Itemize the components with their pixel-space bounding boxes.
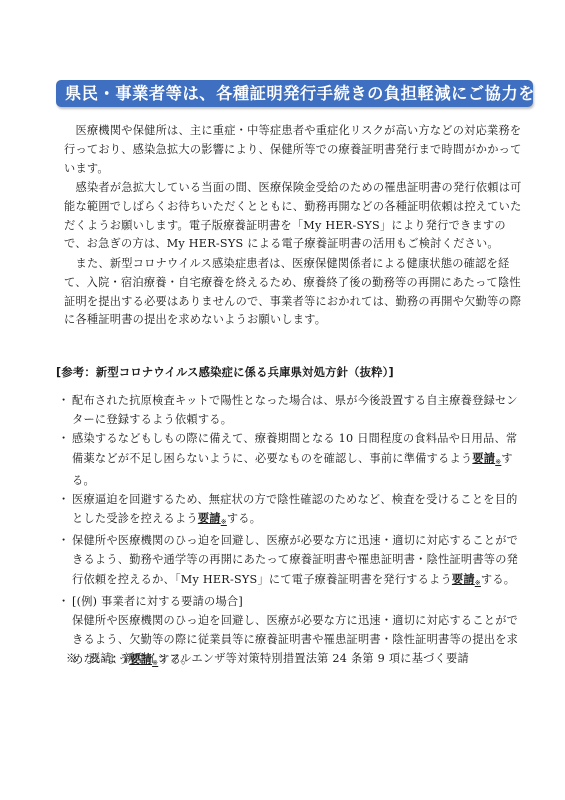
list-item: ・ 保健所や医療機関のひっ迫を回避し、医療が必要な方に迅速・適切に対応することが… bbox=[58, 532, 528, 593]
bullet-marker: ・ bbox=[58, 392, 69, 411]
bullet-marker: ・ bbox=[58, 430, 69, 449]
reference-heading: [参考：新型コロナウイルス感染症に係る兵庫県対処方針（抜粋）] bbox=[56, 364, 394, 380]
bullet-marker: ・ bbox=[58, 593, 69, 612]
yosei-emphasis: 要請 bbox=[452, 572, 475, 586]
example-heading: [(例) 事業者に対する要請の場合] bbox=[72, 595, 243, 608]
paragraph-1: 医療機関や保健所は、主に重症・中等症患者や重症化リスクが高い方などの対応業務を行… bbox=[64, 122, 526, 178]
paragraph-3: また、新型コロナウイルス感染症患者は、医療保健関係者による健康状態の確認を経て、… bbox=[64, 255, 526, 330]
item-text: 医療逼迫を回避するため、無症状の方で陰性確認のためなど、検査を受けることを目的と… bbox=[72, 493, 518, 526]
item-text-end: する。 bbox=[481, 573, 515, 586]
footnote: ※ 要請：新型インフルエンザ等対策特別措置法第 24 条第 9 項に基づく要請 bbox=[66, 650, 469, 666]
list-item: ・ 医療逼迫を回避するため、無症状の方で陰性確認のためなど、検査を受けることを目… bbox=[58, 491, 528, 533]
item-text: 感染するなどもしもの際に備えて、療養期間となる 10 日間程度の食料品や日用品、… bbox=[72, 432, 517, 465]
yosei-emphasis: 要請 bbox=[198, 511, 221, 525]
paragraph-2: 感染者が急拡大している当面の間、医療保険金受給のための罹患証明書の発行依頼は可能… bbox=[64, 179, 526, 254]
list-item: ・ 配布された抗原検査キットで陽性となった場合は、県が今後設置する自主療養登録セ… bbox=[58, 392, 528, 430]
yosei-emphasis: 要請 bbox=[472, 451, 495, 465]
item-text-end: する。 bbox=[227, 512, 261, 525]
reference-list: ・ 配布された抗原検査キットで陽性となった場合は、県が今後設置する自主療養登録セ… bbox=[58, 392, 528, 673]
title-banner: 県民・事業者等は、各種証明発行手続きの負担軽減にご協力を！ bbox=[56, 80, 533, 107]
bullet-marker: ・ bbox=[58, 491, 69, 510]
bullet-marker: ・ bbox=[58, 532, 69, 551]
list-item: ・ 感染するなどもしもの際に備えて、療養期間となる 10 日間程度の食料品や日用… bbox=[58, 430, 528, 491]
item-text: 配布された抗原検査キットで陽性となった場合は、県が今後設置する自主療養登録センタ… bbox=[72, 394, 518, 426]
